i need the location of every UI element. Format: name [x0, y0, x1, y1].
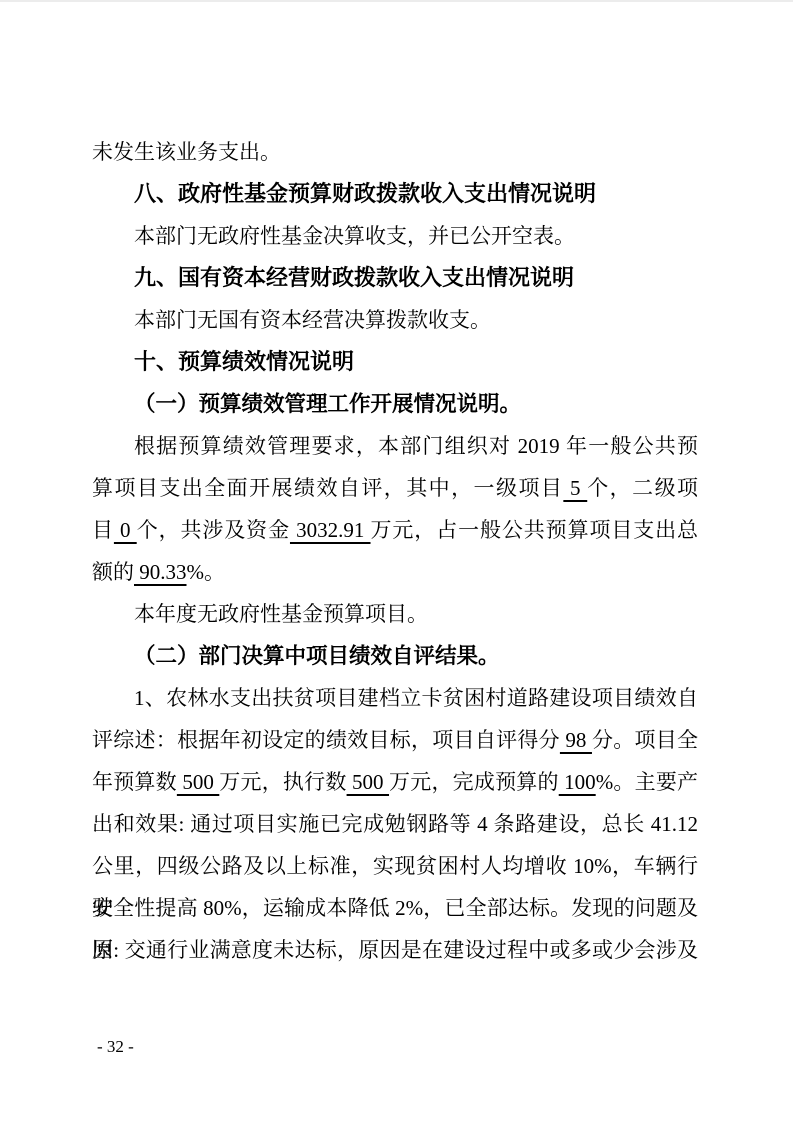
- text-segment: 评综述：根据年初设定的绩效目标，项目自评得分: [92, 728, 560, 752]
- text-segment: 出和效果: 通过项目实施已完成勉钢路等 4 条路建设，总长 41.12: [92, 812, 698, 836]
- text-segment: 1、农林水支出扶贫项目建档立卡贫困村道路建设项目绩效自: [134, 686, 698, 710]
- paragraph-line-continuation: 未发生该业务支出。: [92, 131, 698, 173]
- page-number: - 32 -: [97, 1030, 134, 1064]
- paragraph-line: 1、农林水支出扶贫项目建档立卡贫困村道路建设项目绩效自: [92, 677, 698, 719]
- paragraph-line-end: 额的 90.33%。: [92, 551, 698, 593]
- text-segment: （一）预算绩效管理工作开展情况说明。: [134, 392, 521, 416]
- underlined-value: 500: [347, 770, 389, 794]
- paragraph-line: 本年度无政府性基金预算项目。: [92, 593, 698, 635]
- text-segment: 本年度无政府性基金预算项目。: [134, 602, 428, 626]
- underlined-value: 3032.91: [290, 518, 371, 542]
- text-segment: 万元，占一般公共预算项目支出总: [371, 518, 699, 542]
- paragraph-line: 根据预算绩效管理要求，本部门组织对 2019 年一般公共预: [92, 425, 698, 467]
- paragraph-line: 公里，四级公路及以上标准，实现贫困村人均增收 10%，车辆行驶: [92, 845, 698, 887]
- subsection-heading-2: （二）部门决算中项目绩效自评结果。: [92, 635, 698, 677]
- text-segment: 九、国有资本经营财政拨款收入支出情况说明: [134, 265, 574, 290]
- text-segment: 万元，执行数: [219, 770, 346, 794]
- text-segment: 目: [92, 518, 114, 542]
- underlined-value: 98: [560, 728, 592, 752]
- text-segment: 分。项目全: [592, 728, 698, 752]
- underlined-value: 0: [114, 518, 137, 542]
- paragraph-line: 因: 交通行业满意度未达标，原因是在建设过程中或多或少会涉及: [92, 929, 698, 971]
- text-segment: 八、政府性基金预算财政拨款收入支出情况说明: [134, 181, 596, 206]
- document-page: 未发生该业务支出。 八、政府性基金预算财政拨款收入支出情况说明 本部门无政府性基…: [0, 0, 793, 1122]
- text-segment: 个，共涉及资金: [137, 518, 290, 542]
- text-segment: 本部门无政府性基金决算收支，并已公开空表。: [134, 224, 575, 248]
- text-segment: 未发生该业务支出。: [92, 140, 281, 164]
- text-segment: %。: [187, 560, 226, 584]
- paragraph-line: 算项目支出全面开展绩效自评，其中，一级项目 5 个，二级项: [92, 467, 698, 509]
- text-segment: 因: 交通行业满意度未达标，原因是在建设过程中或多或少会涉及: [92, 938, 698, 962]
- section-heading-8: 八、政府性基金预算财政拨款收入支出情况说明: [92, 173, 698, 215]
- paragraph-line: 评综述：根据年初设定的绩效目标，项目自评得分 98 分。项目全: [92, 719, 698, 761]
- text-segment: 根据预算绩效管理要求，本部门组织对 2019 年一般公共预: [134, 434, 698, 458]
- underlined-value: 100: [559, 770, 596, 794]
- text-segment: 年预算数: [92, 770, 177, 794]
- text-segment: 本部门无国有资本经营决算拨款收支。: [134, 308, 491, 332]
- document-content: 未发生该业务支出。 八、政府性基金预算财政拨款收入支出情况说明 本部门无政府性基…: [92, 131, 698, 971]
- text-segment: 十、预算绩效情况说明: [134, 349, 354, 374]
- section-heading-10: 十、预算绩效情况说明: [92, 341, 698, 383]
- text-segment: 个，二级项: [587, 476, 698, 500]
- paragraph-line: 出和效果: 通过项目实施已完成勉钢路等 4 条路建设，总长 41.12: [92, 803, 698, 845]
- text-segment: 算项目支出全面开展绩效自评，其中，一级项目: [92, 476, 563, 500]
- paragraph-line: 目 0 个，共涉及资金 3032.91 万元，占一般公共预算项目支出总: [92, 509, 698, 551]
- section-heading-9: 九、国有资本经营财政拨款收入支出情况说明: [92, 257, 698, 299]
- underlined-value: 500: [177, 770, 219, 794]
- paragraph-line: 年预算数 500 万元，执行数 500 万元，完成预算的 100%。主要产: [92, 761, 698, 803]
- text-segment: 万元，完成预算的: [389, 770, 559, 794]
- underlined-value: 90.33: [134, 560, 187, 584]
- paragraph-line: 安全性提高 80%，运输成本降低 2%，已全部达标。发现的问题及原: [92, 887, 698, 929]
- text-segment: 额的: [92, 560, 134, 584]
- text-segment: %。主要产: [596, 770, 698, 794]
- underlined-value: 5: [563, 476, 587, 500]
- paragraph-line: 本部门无政府性基金决算收支，并已公开空表。: [92, 215, 698, 257]
- text-segment: （二）部门决算中项目绩效自评结果。: [134, 644, 500, 668]
- subsection-heading-1: （一）预算绩效管理工作开展情况说明。: [92, 383, 698, 425]
- paragraph-line: 本部门无国有资本经营决算拨款收支。: [92, 299, 698, 341]
